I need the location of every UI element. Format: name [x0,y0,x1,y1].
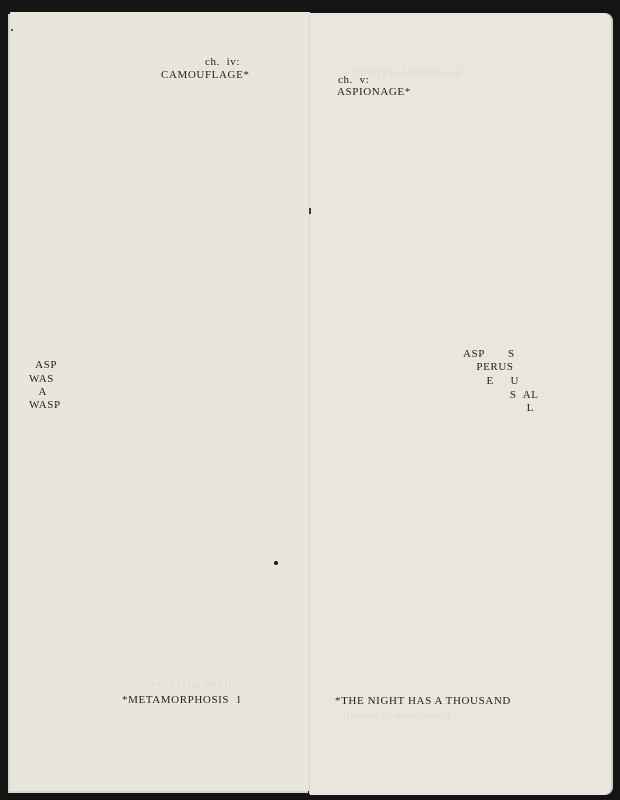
chapter-v-title: ASPIONAGE* [337,86,411,98]
right-page [310,13,611,795]
poem-line: WASP [29,399,61,411]
poem-line: PERUS [463,361,514,373]
poem-line: WAS [29,373,54,385]
poem-line: A [29,386,47,398]
poem-line: ASP [29,359,57,371]
chapter-v-label: ch. v: [338,74,369,86]
ink-dot [274,561,278,565]
speck [11,29,13,31]
poem-line: E U [463,375,519,387]
chapter-iv-title: CAMOUFLAGE* [161,69,250,81]
fold-mark [309,208,311,214]
footnote-right: *THE NIGHT HAS A THOUSAND [335,695,511,707]
poem-line: S AL [463,389,539,401]
poem-line: ASP S [463,348,515,360]
bleed-through-bottom-right: (instead of association) [343,710,450,722]
chapter-iv-label: ch. iv: [205,56,240,68]
footnote-left: *METAMORPHOSIS 1 [122,694,242,706]
bleed-through-bottom-left: *YELLOW PERIL [150,681,235,693]
page-fold [309,14,311,794]
poem-line: L [463,402,534,414]
